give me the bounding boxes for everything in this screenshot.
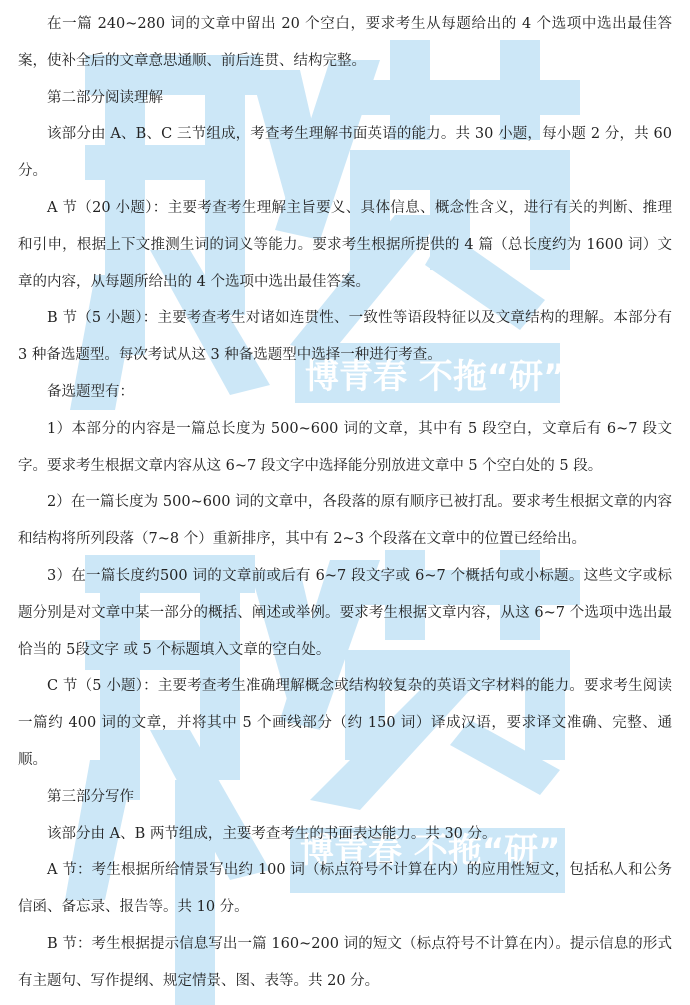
paragraph-writing-section-a: A 节：考生根据所给情景写出约 100 词（标点符号不计算在内）的应用性短文，包…	[18, 852, 672, 926]
paragraph-writing-section-b: B 节：考生根据提示信息写出一篇 160~200 词的短文（标点符号不计算在内）…	[18, 926, 672, 1000]
section-heading-writing: 第三部分写作	[18, 779, 672, 816]
paragraph-cloze-description: 在一篇 240~280 词的文章中留出 20 个空白，要求考生从每题给出的 4 …	[18, 6, 672, 80]
paragraph-optional-type-3: 3）在一篇长度约500 词的文章前或后有 6~7 段文字或 6~7 个概括句或小…	[18, 558, 672, 668]
paragraph-optional-type-1: 1）本部分的内容是一篇总长度为 500~600 词的文章，其中有 5 段空白，文…	[18, 411, 672, 485]
document-body: 在一篇 240~280 词的文章中留出 20 个空白，要求考生从每题给出的 4 …	[0, 0, 690, 1000]
paragraph-writing-overview: 该部分由 A、B 两节组成，主要考查考生的书面表达能力。共 30 分。	[18, 816, 672, 853]
paragraph-reading-section-c: C 节（5 小题）：主要考查考生准确理解概念或结构较复杂的英语文字材料的能力。要…	[18, 668, 672, 778]
paragraph-reading-section-a: A 节（20 小题）：主要考查考生理解主旨要义、具体信息、概念性含义，进行有关的…	[18, 190, 672, 300]
paragraph-reading-overview: 该部分由 A、B、C 三节组成，考查考生理解书面英语的能力。共 30 小题，每小…	[18, 116, 672, 190]
section-heading-reading: 第二部分阅读理解	[18, 80, 672, 117]
paragraph-optional-types-label: 备选题型有：	[18, 374, 672, 411]
paragraph-optional-type-2: 2）在一篇长度为 500~600 词的文章中，各段落的原有顺序已被打乱。要求考生…	[18, 484, 672, 558]
paragraph-reading-section-b: B 节（5 小题）：主要考查考生对诸如连贯性、一致性等语段特征以及文章结构的理解…	[18, 300, 672, 374]
